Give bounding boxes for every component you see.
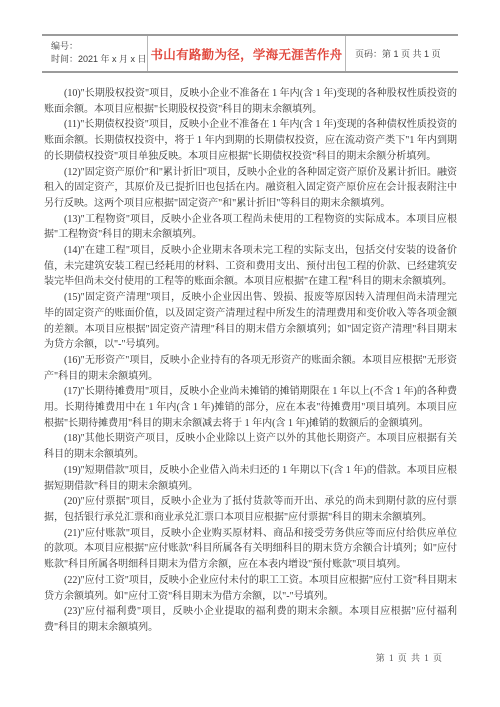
paragraph: (18)"其他长期资产项目，反映小企业除以上资产以外的其他长期资产。本项目应根据… (44, 431, 457, 462)
page-footer: 第 1 页 共 1 页 (376, 651, 443, 664)
paragraph: (13)"工程物资"项目，反映小企业各项工程尚未使用的工程物资的实际成本。本项目… (44, 212, 457, 243)
header: 编号： 时间：2021 年 x 月 x 日 书山有路勤为径，学海无涯苦作舟 页码… (42, 34, 458, 73)
paragraph: (14)"在建工程"项目，反映小企业期末各项未完工程的实际支出，包括交付安装的设… (44, 243, 457, 290)
doc-number-label: 编号： (51, 40, 143, 53)
paragraph: (16)"无形资产"项目，反映小企业持有的各项无形资产的账面余额。本项目应根据"… (44, 353, 457, 384)
header-motto: 书山有路勤为径，学海无涯苦作舟 (148, 36, 346, 71)
paragraph: (15)"固定资产清理"项目，反映小企业因出售、毁损、报废等原因转入清理但尚未清… (44, 290, 457, 353)
doc-time-label: 时间：2021 年 x 月 x 日 (51, 53, 143, 66)
header-page-label: 页码：第 1 页 共 1 页 (346, 36, 458, 71)
header-meta: 编号： 时间：2021 年 x 月 x 日 (42, 36, 148, 71)
document-page: 编号： 时间：2021 年 x 月 x 日 书山有路勤为径，学海无涯苦作舟 页码… (0, 0, 500, 707)
paragraph: (22)"应付工资"项目，反映小企业应付未付的职工工资。本项目应根据"应付工资"… (44, 573, 457, 604)
paragraph: (12)"固定资产原价"和"累计折旧"项目，反映小企业的各种固定资产原价及累计折… (44, 165, 457, 212)
paragraph: (11)"长期债权投资"项目，反映小企业不准备在 1 年内(含 1 年)变现的各… (44, 117, 457, 164)
paragraph: (10)"长期股权投资"项目，反映小企业不准备在 1 年内(含 1 年)变现的各… (44, 86, 457, 117)
paragraph: (17)"长期待摊费用"项目，反映小企业尚未摊销的摊销期限在 1 年以上(不含 … (44, 384, 457, 431)
page-indicator: 第 1 页 共 1 页 (376, 653, 443, 663)
paragraph: (23)"应付福利费"项目，反映小企业提取的福利费的期末余额。本项目应根据"应付… (44, 604, 457, 635)
paragraph: (21)"应付账款"项目，反映小企业购买原材料、商品和接受劳务供应等而应付给供应… (44, 526, 457, 573)
document-body: (10)"长期股权投资"项目，反映小企业不准备在 1 年内(含 1 年)变现的各… (44, 86, 457, 636)
paragraph: (20)"应付票据"项目，反映小企业为了抵付货款等而开出、承兑的尚未到期付款的应… (44, 494, 457, 525)
paragraph: (19)"短期借款"项目，反映小企业借入尚未归还的 1 年期以下(含 1 年)的… (44, 463, 457, 494)
